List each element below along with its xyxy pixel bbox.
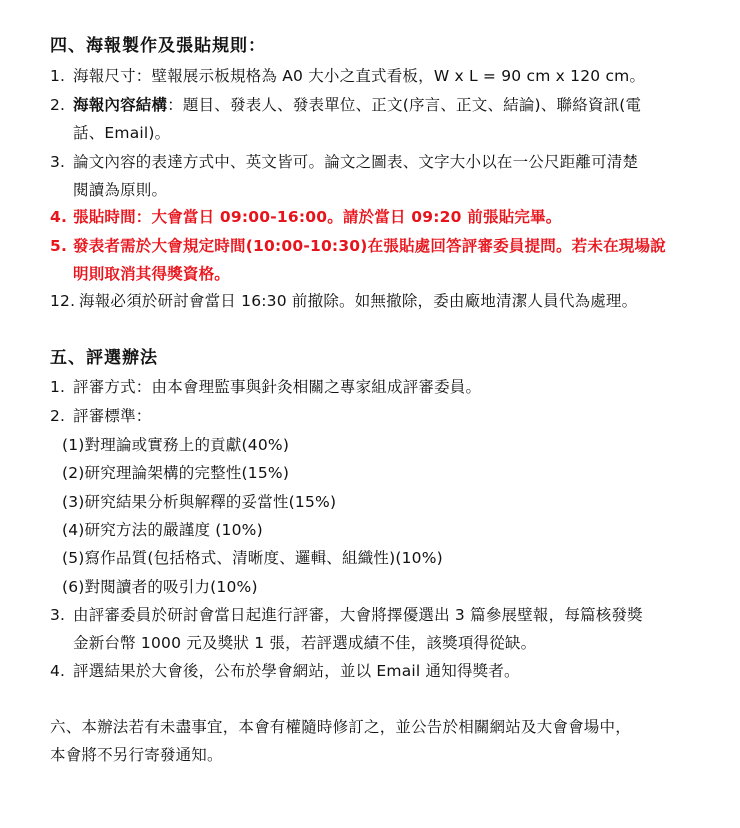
section-5-item-4: 4.評選結果於大會後，公布於學會網站，並以 Email 通知得獎者。 (50, 661, 520, 681)
section-4-item-1: 1.海報尺寸：壁報展示板規格為 A0 大小之直式看板，W x L = 90 cm… (50, 66, 645, 86)
section-4-item-12: 12.海報必須於研討會當日 16:30 前撤除。如無撤除，委由廠地清潔人員代為處… (50, 291, 637, 311)
item-number: 3. (50, 605, 73, 625)
section-4-item-2: 2.海報內容結構：題目、發表人、發表單位、正文(序言、正文、結論)、聯絡資訊(電 (50, 95, 641, 115)
criterion-3: (3)研究結果分析與解釋的妥當性(15%) (62, 492, 336, 512)
criterion-4: (4)研究方法的嚴謹度 (10%) (62, 520, 263, 540)
item-text: 論文內容的表達方式中、英文皆可。論文之圖表、文字大小以在一公尺距離可清楚 (73, 153, 638, 171)
section-4-item-3: 3.論文內容的表達方式中、英文皆可。論文之圖表、文字大小以在一公尺距離可清楚 (50, 152, 638, 172)
item-number: 1. (50, 66, 73, 86)
item-text: 海報尺寸：壁報展示板規格為 A0 大小之直式看板，W x L = 90 cm x… (73, 67, 645, 85)
section-4-item-3-cont: 閱讀為原則。 (73, 180, 167, 200)
item-number: 5. (50, 236, 73, 256)
criterion-6: (6)對閱讀者的吸引力(10%) (62, 577, 258, 597)
section-6-line-1: 六、本辦法若有未盡事宜，本會有權隨時修訂之，並公告於相關網站及大會會場中， (50, 717, 631, 737)
section-5-item-3: 3.由評審委員於研討會當日起進行評審，大會將擇優選出 3 篇參展壁報，每篇核發獎 (50, 605, 643, 625)
item-text: 評審標準： (73, 407, 152, 425)
criterion-5: (5)寫作品質(包括格式、清晰度、邏輯、組織性)(10%) (62, 548, 443, 568)
item-number: 12. (50, 291, 79, 311)
item-number: 2. (50, 95, 73, 115)
section-4-item-4: 4.張貼時間：大會當日 09:00-16:00。請於當日 09:20 前張貼完畢… (50, 207, 561, 227)
criterion-2: (2)研究理論架構的完整性(15%) (62, 463, 289, 483)
section-6-line-2: 本會將不另行寄發通知。 (50, 745, 223, 765)
item-text: 海報必須於研討會當日 16:30 前撤除。如無撤除，委由廠地清潔人員代為處理。 (79, 292, 637, 310)
item-number: 3. (50, 152, 73, 172)
item-number: 4. (50, 207, 73, 227)
item-number: 1. (50, 377, 73, 397)
item-label: 海報內容結構 (73, 96, 167, 114)
criterion-1: (1)對理論或實務上的貢獻(40%) (62, 435, 289, 455)
section-4-item-2-cont: 話、Email)。 (73, 123, 170, 143)
section-5-item-3-cont: 金新台幣 1000 元及獎狀 1 張，若評選成績不佳，該獎項得從缺。 (73, 633, 536, 653)
item-number: 2. (50, 406, 73, 426)
section-4-heading: 四、海報製作及張貼規則： (50, 36, 266, 56)
item-text: 發表者需於大會規定時間(10:00-10:30)在張貼處回答評審委員提問。若未在… (73, 237, 666, 255)
item-text: 由評審委員於研討會當日起進行評審，大會將擇優選出 3 篇參展壁報，每篇核發獎 (73, 606, 643, 624)
section-4-item-5: 5.發表者需於大會規定時間(10:00-10:30)在張貼處回答評審委員提問。若… (50, 236, 666, 256)
item-number: 4. (50, 661, 73, 681)
item-text: 評審方式：由本會理監事與針灸相關之專家組成評審委員。 (73, 378, 481, 396)
section-4-item-5-cont: 明則取消其得獎資格。 (73, 264, 230, 284)
section-5-item-1: 1.評審方式：由本會理監事與針灸相關之專家組成評審委員。 (50, 377, 481, 397)
section-5-heading: 五、評選辦法 (50, 348, 158, 368)
item-text: 評選結果於大會後，公布於學會網站，並以 Email 通知得獎者。 (73, 662, 520, 680)
section-5-item-2: 2.評審標準： (50, 406, 152, 426)
item-text: ：題目、發表人、發表單位、正文(序言、正文、結論)、聯絡資訊(電 (167, 96, 641, 114)
item-text: 張貼時間：大會當日 09:00-16:00。請於當日 09:20 前張貼完畢。 (73, 208, 561, 226)
